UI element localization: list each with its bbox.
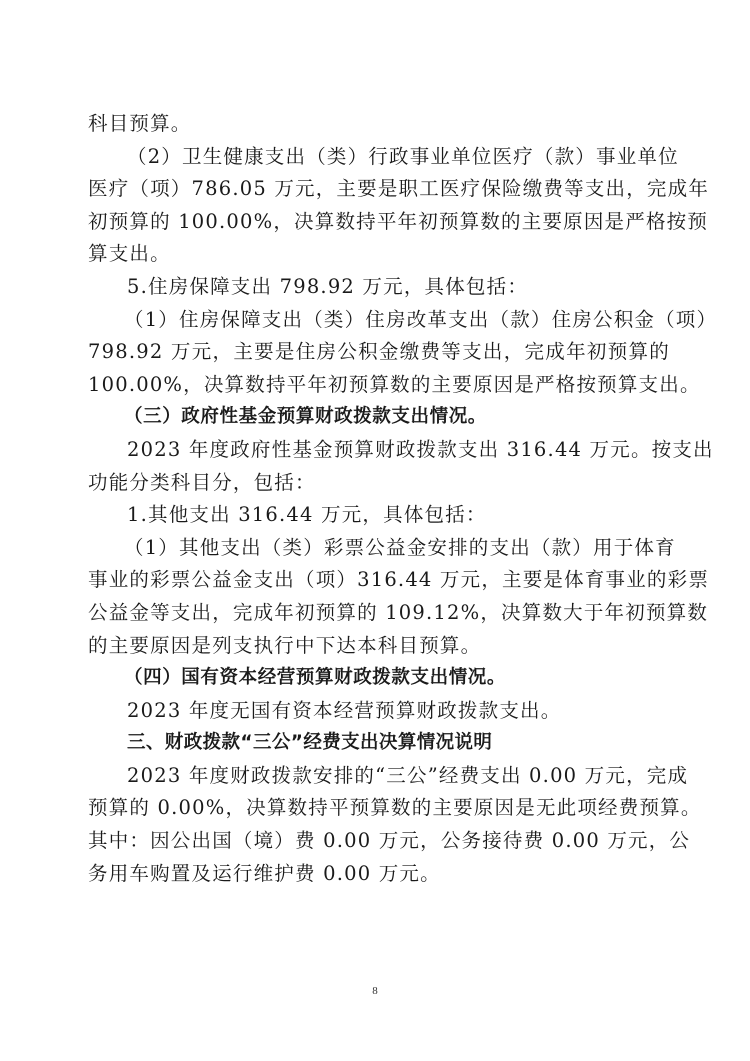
body-text-line: 预算的 0.00%，决算数持平预算数的主要原因是无此项经费预算。 [88,792,670,825]
page-number: 8 [0,985,750,997]
section-heading-government-fund: （三）政府性基金预算财政拨款支出情况。 [88,401,670,434]
paragraph-health-expenditure: （2）卫生健康支出（类）行政事业单位医疗（款）事业单位 [88,141,670,174]
body-text-line: 100.00%，决算数持平年初预算数的主要原因是严格按预算支出。 [88,369,670,402]
body-text-line: 算支出。 [88,238,670,271]
paragraph-three-public: 2023 年度财政拨款安排的“三公”经费支出 0.00 万元，完成 [88,760,670,793]
item-other-expenditure: 1.其他支出 316.44 万元，具体包括： [88,499,670,532]
body-text-line: 初预算的 100.00%，决算数持平年初预算数的主要原因是严格按预 [88,206,670,239]
body-text-line: 事业的彩票公益金支出（项）316.44 万元，主要是体育事业的彩票 [88,564,670,597]
paragraph-government-fund: 2023 年度政府性基金预算财政拨款支出 316.44 万元。按支出 [88,434,670,467]
section-heading-three-public: 三、财政拨款“三公”经费支出决算情况说明 [88,727,670,760]
item-housing-expenditure: 5.住房保障支出 798.92 万元，具体包括： [88,271,670,304]
paragraph-housing-fund: （1）住房保障支出（类）住房改革支出（款）住房公积金（项） [88,304,670,337]
body-text-line: 798.92 万元，主要是住房公积金缴费等支出，完成年初预算的 [88,336,670,369]
body-text-line: 其中：因公出国（境）费 0.00 万元，公务接待费 0.00 万元，公 [88,825,670,858]
body-text-line: 医疗（项）786.05 万元，主要是职工医疗保险缴费等支出，完成年 [88,173,670,206]
document-page: 科目预算。 （2）卫生健康支出（类）行政事业单位医疗（款）事业单位 医疗（项）7… [88,108,670,890]
body-text-line: 功能分类科目分，包括： [88,467,670,500]
body-text-line: 务用车购置及运行维护费 0.00 万元。 [88,858,670,891]
body-text-line: 公益金等支出，完成年初预算的 109.12%，决算数大于年初预算数 [88,597,670,630]
body-text-line: 的主要原因是列支执行中下达本科目预算。 [88,630,670,663]
body-text-line: 科目预算。 [88,108,670,141]
paragraph-lottery-fund: （1）其他支出（类）彩票公益金安排的支出（款）用于体育 [88,532,670,565]
paragraph-state-capital: 2023 年度无国有资本经营预算财政拨款支出。 [88,695,670,728]
section-heading-state-capital: （四）国有资本经营预算财政拨款支出情况。 [88,662,670,695]
